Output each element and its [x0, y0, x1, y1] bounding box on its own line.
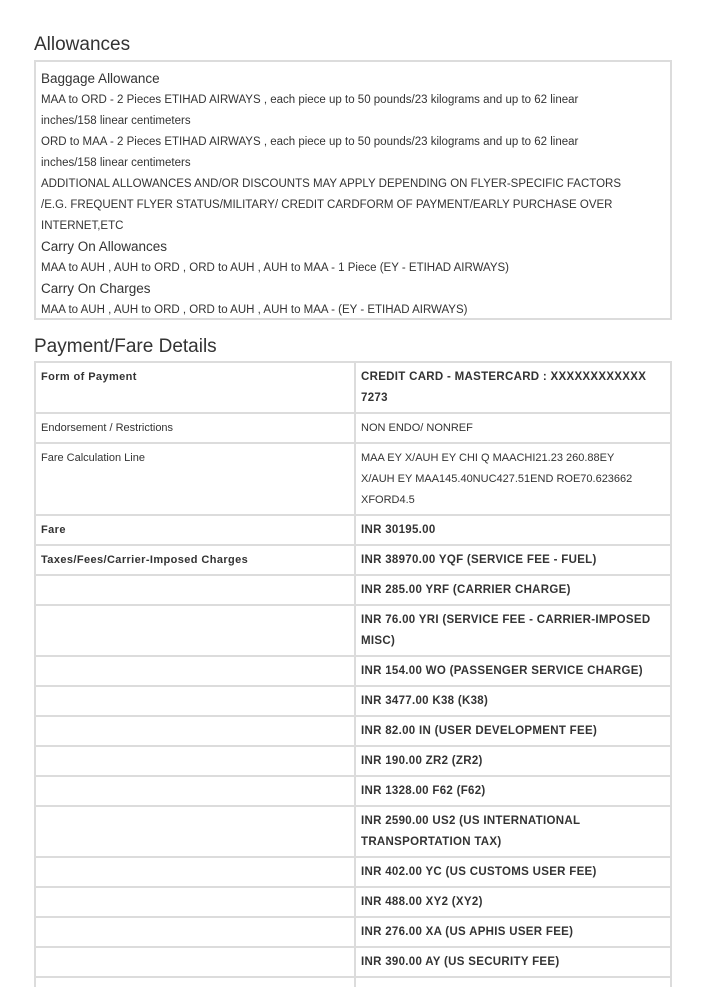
tax-value: INR 1328.00 F62 (F62) — [355, 776, 671, 806]
tax-value: INR 390.00 AY (US SECURITY FEE) — [355, 947, 671, 977]
tax-value-line: INR 76.00 YRI (SERVICE FEE - CARRIER-IMP… — [361, 610, 665, 631]
empty-label-cell — [35, 776, 355, 806]
fare-calculation-line: X/AUH EY MAA145.40NUC427.51END ROE70.623… — [361, 469, 665, 490]
baggage-line: inches/158 linear centimeters — [41, 111, 670, 132]
table-row-tax: Taxes/Fees/Carrier-Imposed ChargesINR 38… — [35, 545, 671, 575]
tax-value: INR 154.00 WO (PASSENGER SERVICE CHARGE) — [355, 656, 671, 686]
tax-value-line: TRANSPORTATION TAX) — [361, 832, 665, 853]
table-row-fare: Fare INR 30195.00 — [35, 515, 671, 545]
baggage-line: INTERNET,ETC — [41, 216, 670, 237]
table-row-tax: INR 390.00 AY (US SECURITY FEE) — [35, 947, 671, 977]
tax-value: INR 3477.00 K38 (K38) — [355, 686, 671, 716]
table-row-tax: INR 2590.00 US2 (US INTERNATIONALTRANSPO… — [35, 806, 671, 857]
table-row-tax: INR 402.00 YC (US CUSTOMS USER FEE) — [35, 857, 671, 887]
tax-value-line: INR 154.00 WO (PASSENGER SERVICE CHARGE) — [361, 661, 665, 682]
tax-value-line: INR 3477.00 K38 (K38) — [361, 691, 665, 712]
carry-on-charges-heading: Carry On Charges — [41, 279, 670, 300]
tax-value: INR 82.00 IN (USER DEVELOPMENT FEE) — [355, 716, 671, 746]
baggage-line: /E.G. FREQUENT FLYER STATUS/MILITARY/ CR… — [41, 195, 670, 216]
table-row-tax: INR 1328.00 F62 (F62) — [35, 776, 671, 806]
table-row-tax: INR 154.00 WO (PASSENGER SERVICE CHARGE) — [35, 656, 671, 686]
form-of-payment-value: CREDIT CARD - MASTERCARD : XXXXXXXXXXXX … — [355, 362, 671, 413]
tax-value-line: MISC) — [361, 631, 665, 652]
baggage-line: MAA to ORD - 2 Pieces ETIHAD AIRWAYS , e… — [41, 90, 670, 111]
empty-label-cell — [35, 716, 355, 746]
fare-calculation-label: Fare Calculation Line — [35, 443, 355, 515]
table-row-form-of-payment: Form of Payment CREDIT CARD - MASTERCARD… — [35, 362, 671, 413]
table-row-tax: INR 285.00 YRF (CARRIER CHARGE) — [35, 575, 671, 605]
endorsement-value: NON ENDO/ NONREF — [355, 413, 671, 443]
tax-value: INR 285.00 YRF (CARRIER CHARGE) — [355, 575, 671, 605]
empty-label-cell — [35, 947, 355, 977]
baggage-line: ORD to MAA - 2 Pieces ETIHAD AIRWAYS , e… — [41, 132, 670, 153]
tax-value: INR 76.00 YRI (SERVICE FEE - CARRIER-IMP… — [355, 605, 671, 656]
fare-calculation-line: MAA EY X/AUH EY CHI Q MAACHI21.23 260.88… — [361, 448, 665, 469]
form-of-payment-value-line: CREDIT CARD - MASTERCARD : XXXXXXXXXXXX — [361, 367, 665, 388]
empty-cell — [35, 977, 355, 987]
form-of-payment-value-line: 7273 — [361, 388, 665, 409]
table-row-endorsement: Endorsement / Restrictions NON ENDO/ NON… — [35, 413, 671, 443]
baggage-line: inches/158 linear centimeters — [41, 153, 670, 174]
carry-on-allowance-line: MAA to AUH , AUH to ORD , ORD to AUH , A… — [41, 258, 670, 279]
carry-on-charges-line: MAA to AUH , AUH to ORD , ORD to AUH , A… — [41, 300, 670, 321]
empty-label-cell — [35, 656, 355, 686]
baggage-line: ADDITIONAL ALLOWANCES AND/OR DISCOUNTS M… — [41, 174, 670, 195]
empty-cell — [355, 977, 671, 987]
fare-label: Fare — [35, 515, 355, 545]
form-of-payment-label: Form of Payment — [35, 362, 355, 413]
endorsement-label: Endorsement / Restrictions — [35, 413, 355, 443]
tax-value-line: INR 2590.00 US2 (US INTERNATIONAL — [361, 811, 665, 832]
tax-value-line: INR 402.00 YC (US CUSTOMS USER FEE) — [361, 862, 665, 883]
tax-value-line: INR 285.00 YRF (CARRIER CHARGE) — [361, 580, 665, 601]
tax-value-line: INR 1328.00 F62 (F62) — [361, 781, 665, 802]
empty-label-cell — [35, 806, 355, 857]
tax-value-line: INR 488.00 XY2 (XY2) — [361, 892, 665, 913]
payment-fare-table: Form of Payment CREDIT CARD - MASTERCARD… — [34, 361, 672, 987]
empty-label-cell — [35, 857, 355, 887]
table-row-tax: INR 488.00 XY2 (XY2) — [35, 887, 671, 917]
tax-value: INR 38970.00 YQF (SERVICE FEE - FUEL) — [355, 545, 671, 575]
tax-value: INR 402.00 YC (US CUSTOMS USER FEE) — [355, 857, 671, 887]
table-row-tax: INR 276.00 XA (US APHIS USER FEE) — [35, 917, 671, 947]
allowances-panel: Baggage Allowance MAA to ORD - 2 Pieces … — [34, 60, 672, 320]
tax-value: INR 488.00 XY2 (XY2) — [355, 887, 671, 917]
tax-value-line: INR 276.00 XA (US APHIS USER FEE) — [361, 922, 665, 943]
allowances-title: Allowances — [34, 34, 130, 56]
carry-on-allowances-heading: Carry On Allowances — [41, 237, 670, 258]
empty-label-cell — [35, 575, 355, 605]
payment-fare-details-title: Payment/Fare Details — [34, 336, 217, 358]
tax-value: INR 2590.00 US2 (US INTERNATIONALTRANSPO… — [355, 806, 671, 857]
tax-value: INR 276.00 XA (US APHIS USER FEE) — [355, 917, 671, 947]
table-row-tax: INR 190.00 ZR2 (ZR2) — [35, 746, 671, 776]
baggage-allowance-heading: Baggage Allowance — [41, 69, 670, 90]
fare-value: INR 30195.00 — [355, 515, 671, 545]
empty-label-cell — [35, 686, 355, 716]
empty-label-cell — [35, 917, 355, 947]
table-row-partial — [35, 977, 671, 987]
empty-label-cell — [35, 746, 355, 776]
tax-value-line: INR 190.00 ZR2 (ZR2) — [361, 751, 665, 772]
fare-calculation-line: XFORD4.5 — [361, 490, 665, 511]
table-row-tax: INR 76.00 YRI (SERVICE FEE - CARRIER-IMP… — [35, 605, 671, 656]
table-row-tax: INR 82.00 IN (USER DEVELOPMENT FEE) — [35, 716, 671, 746]
tax-value-line: INR 390.00 AY (US SECURITY FEE) — [361, 952, 665, 973]
tax-value: INR 190.00 ZR2 (ZR2) — [355, 746, 671, 776]
empty-label-cell — [35, 887, 355, 917]
tax-value-line: INR 38970.00 YQF (SERVICE FEE - FUEL) — [361, 550, 665, 571]
table-row-tax: INR 3477.00 K38 (K38) — [35, 686, 671, 716]
fare-calculation-value: MAA EY X/AUH EY CHI Q MAACHI21.23 260.88… — [355, 443, 671, 515]
table-row-fare-calculation: Fare Calculation Line MAA EY X/AUH EY CH… — [35, 443, 671, 515]
tax-value-line: INR 82.00 IN (USER DEVELOPMENT FEE) — [361, 721, 665, 742]
empty-label-cell — [35, 605, 355, 656]
taxes-label: Taxes/Fees/Carrier-Imposed Charges — [35, 545, 355, 575]
